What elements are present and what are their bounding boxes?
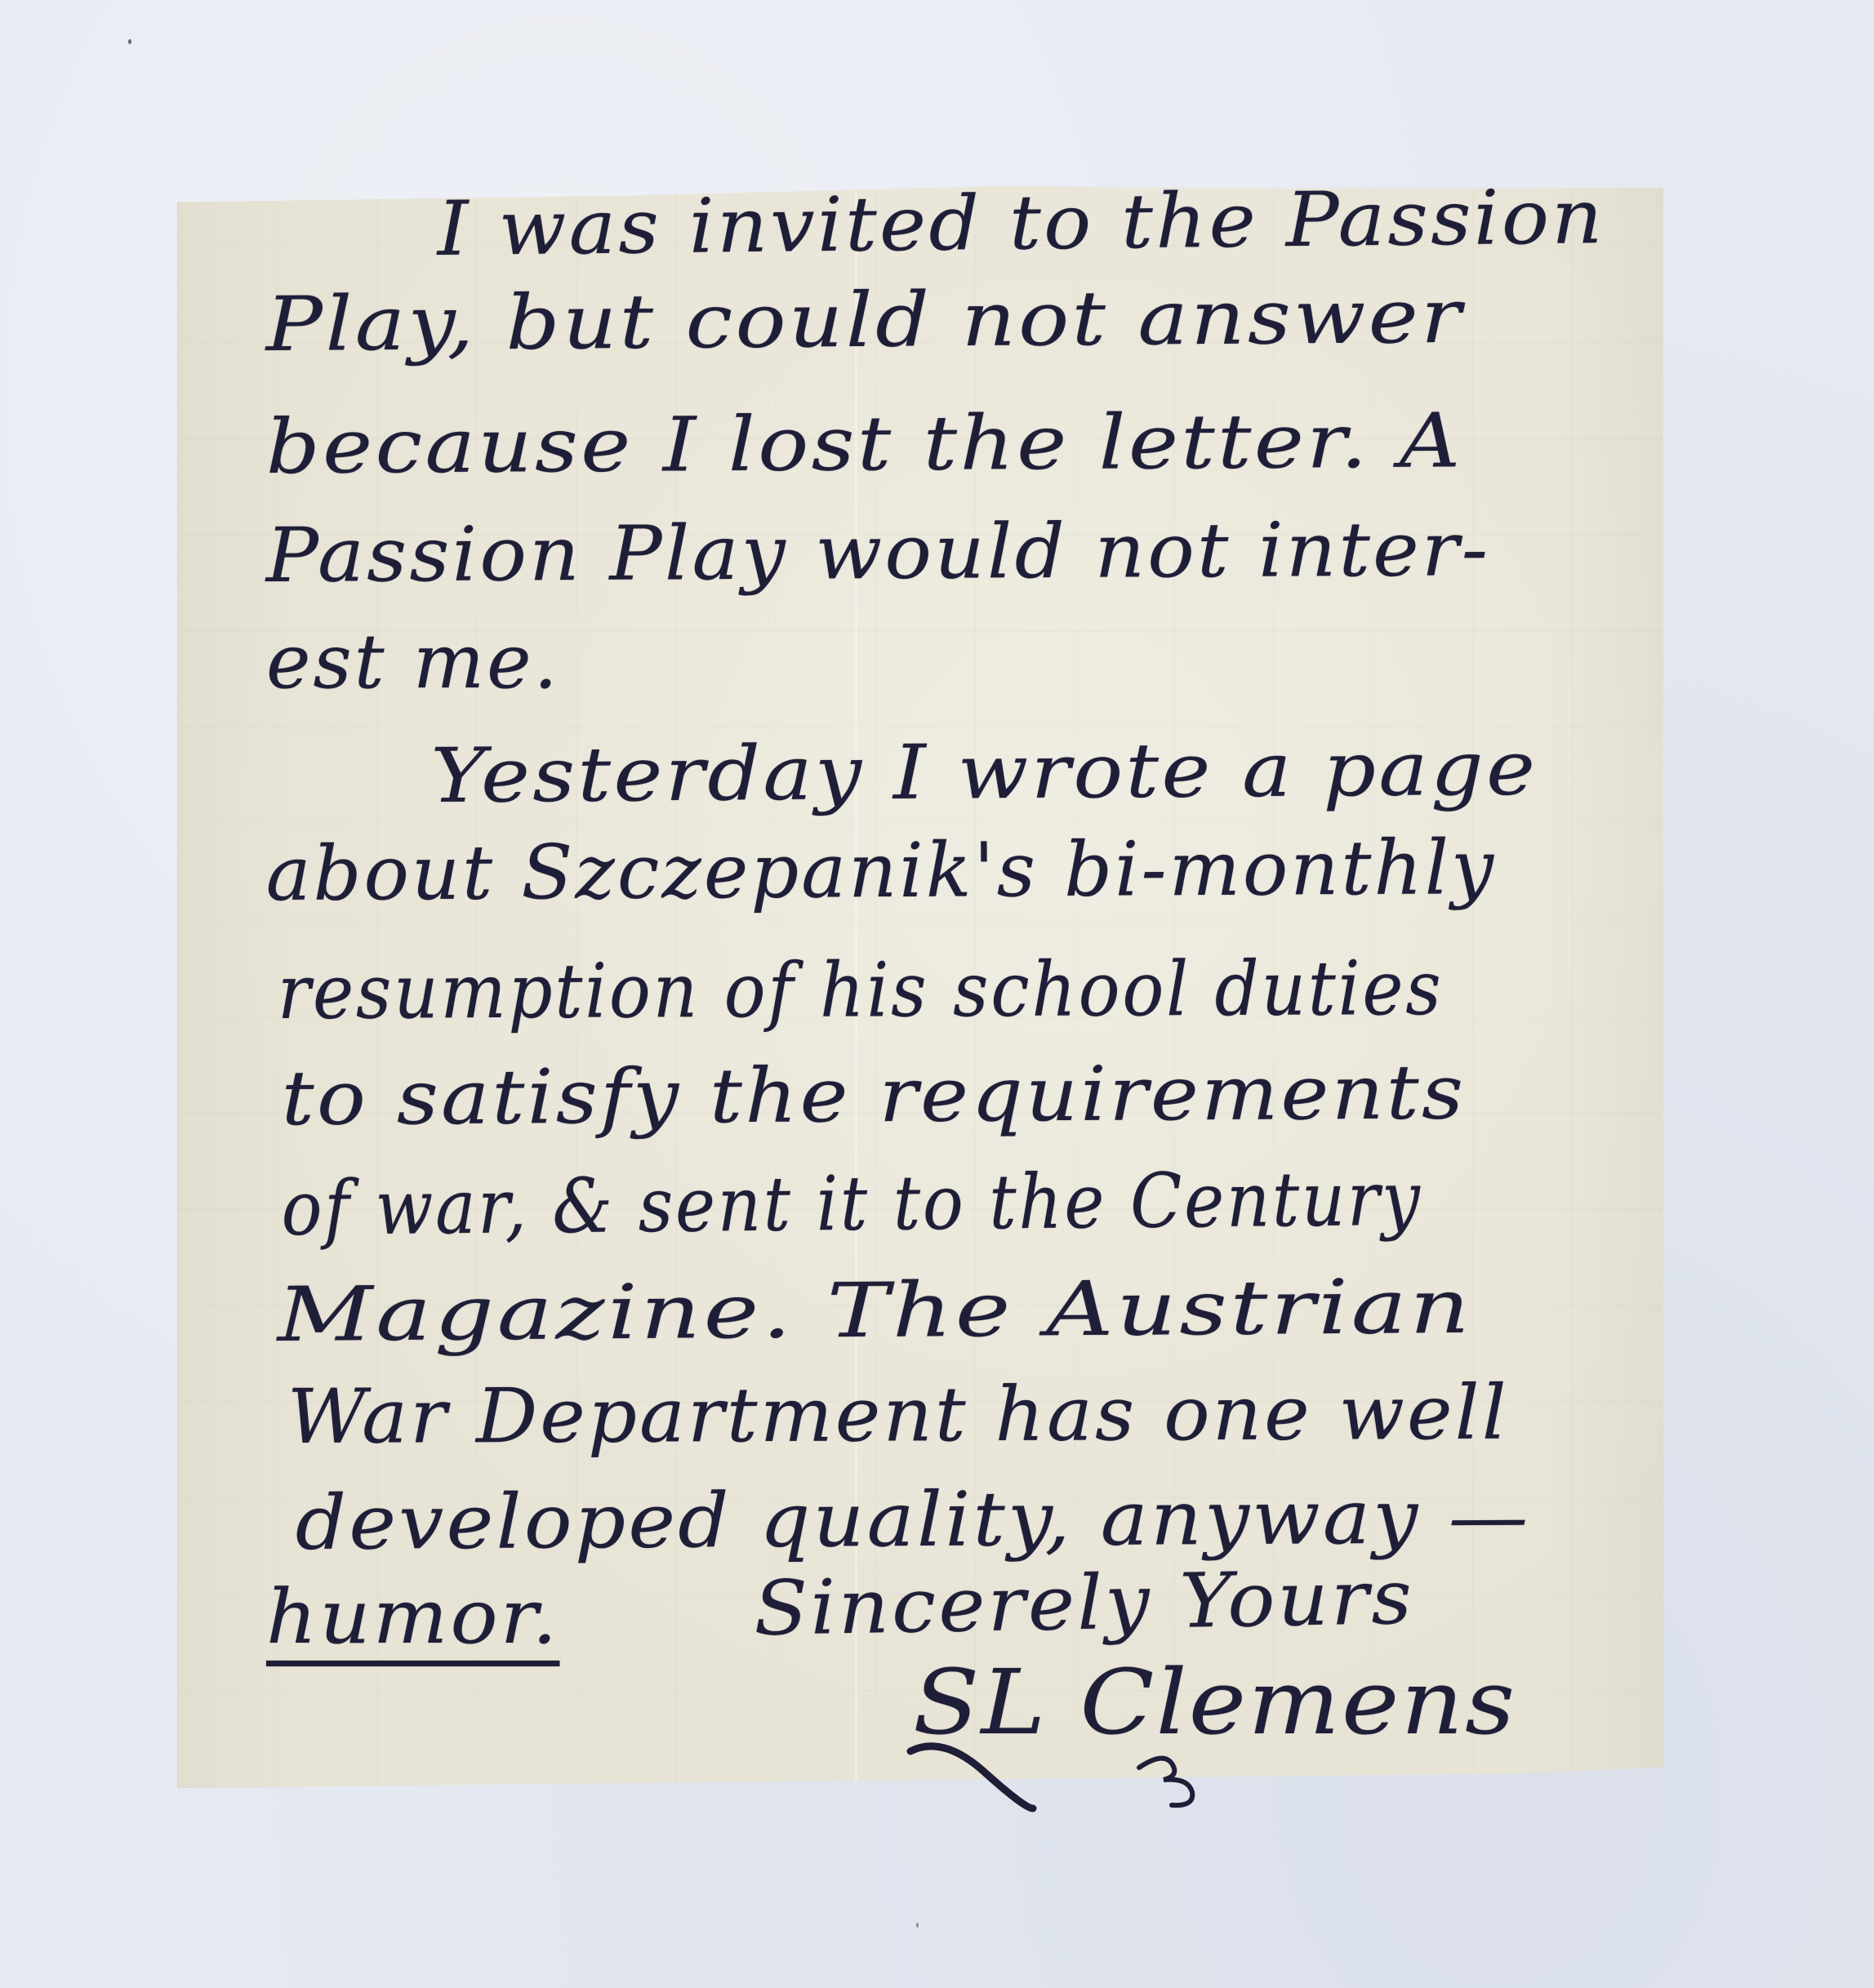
letter-line-12: War Department has one well bbox=[287, 1376, 1509, 1455]
letter-line-9: to satisfy the requirements bbox=[282, 1055, 1467, 1136]
dust-speck bbox=[916, 1923, 919, 1928]
valediction: Sincerely Yours bbox=[753, 1560, 1414, 1647]
letter-line-7: about Szczepanik's bi-monthly bbox=[266, 830, 1497, 912]
letter-line-5: est me. bbox=[266, 625, 560, 700]
letter-line-11: Magazine. The Austrian bbox=[277, 1270, 1473, 1353]
letter-line-10: of war, & sent it to the Century bbox=[281, 1162, 1422, 1247]
letter-line-8: resumption of his school duties bbox=[278, 951, 1444, 1030]
letter-line-13: developed quality, anyway — bbox=[296, 1479, 1531, 1561]
closing-word-humor: humor. bbox=[266, 1580, 559, 1655]
letter-line-3: because I lost the letter. A bbox=[266, 403, 1463, 485]
letter-line-1: I was invited to the Passion bbox=[437, 180, 1605, 267]
dust-speck bbox=[128, 39, 131, 44]
signature-flourish-icon bbox=[894, 1727, 1245, 1817]
letter-line-4: Passion Play would not inter- bbox=[266, 512, 1491, 594]
letter-line-6: Yesterday I wrote a page bbox=[430, 732, 1538, 814]
letter-line-2: Play, but could not answer bbox=[265, 279, 1464, 362]
